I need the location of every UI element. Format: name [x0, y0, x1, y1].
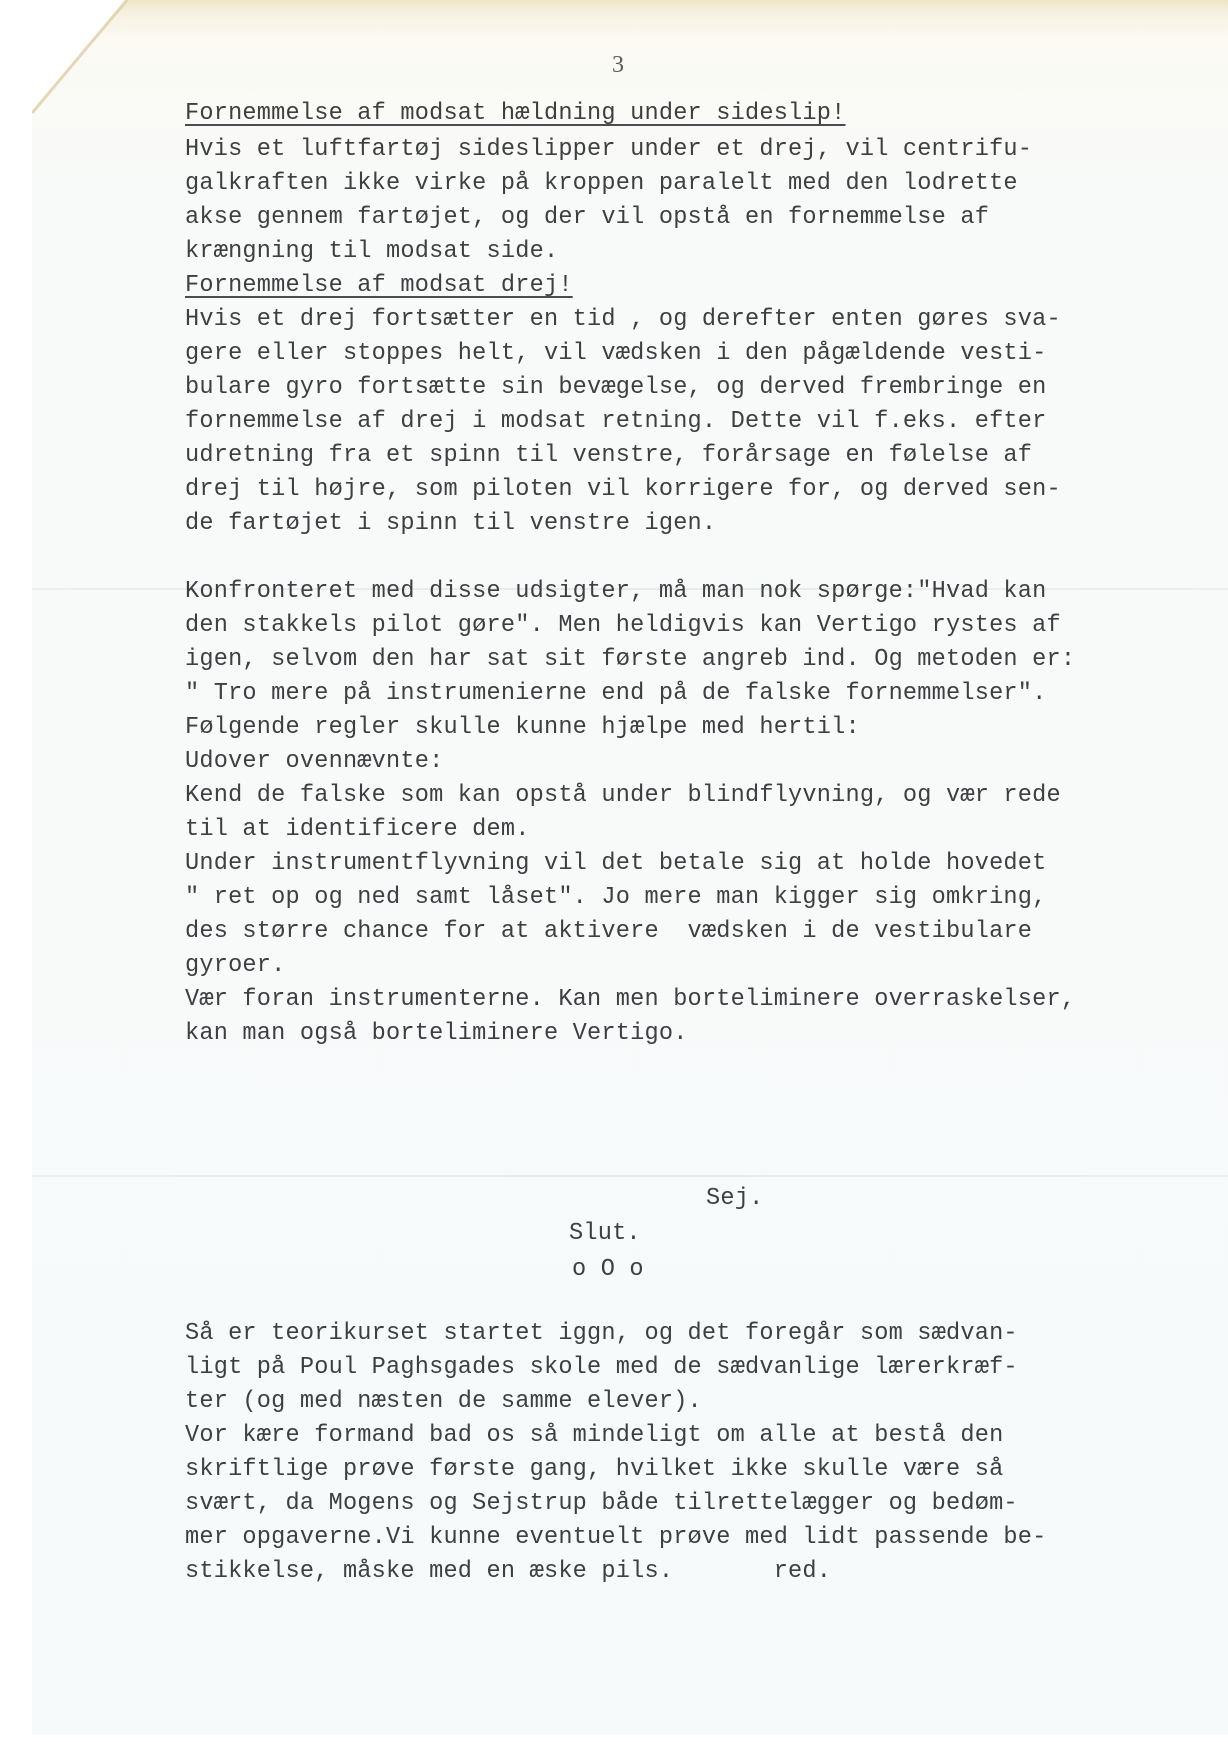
fold-line: [32, 1175, 1228, 1177]
text-line: " ret op og ned samt låset". Jo mere man…: [185, 884, 1047, 912]
text-line: udretning fra et spinn til venstre, forå…: [185, 442, 1032, 470]
text-line: Hvis et luftfartøj sideslipper under et …: [185, 136, 1032, 164]
text-line: til at identificere dem.: [185, 816, 530, 844]
closing-text-line: ter (og med næsten de samme elever).: [185, 1388, 702, 1416]
text-line: gyroer.: [185, 952, 286, 980]
closing-text-line: ligt på Poul Paghsgades skole med de sæd…: [185, 1354, 1018, 1382]
text-line: drej til højre, som piloten vil korriger…: [185, 476, 1061, 504]
text-line: krængning til modsat side.: [185, 238, 558, 266]
text-line: " Tro mere på instrumenierne end på de f…: [185, 680, 1047, 708]
text-line: Udover ovennævnte:: [185, 748, 443, 776]
text-line: Konfronteret med disse udsigter, må man …: [185, 578, 1047, 606]
closing-text-line: skriftlige prøve første gang, hvilket ik…: [185, 1456, 1003, 1484]
text-line: Kend de falske som kan opstå under blind…: [185, 782, 1061, 810]
end-ornament: o O o: [572, 1256, 644, 1284]
text-line: akse gennem fartøjet, og der vil opstå e…: [185, 204, 989, 232]
section-heading: Fornemmelse af modsat hældning under sid…: [185, 100, 846, 128]
text-line: igen, selvom den har sat sit første angr…: [185, 646, 1075, 674]
text-line: fornemmelse af drej i modsat retning. De…: [185, 408, 1047, 436]
closing-text-line: svært, da Mogens og Sejstrup både tilret…: [185, 1490, 1018, 1518]
closing-text-line: Så er teorikurset startet iggn, og det f…: [185, 1320, 1018, 1348]
signature: Sej.: [706, 1185, 763, 1213]
text-line: des større chance for at aktivere vædske…: [185, 918, 1032, 946]
text-line: galkraften ikke virke på kroppen paralel…: [185, 170, 1018, 198]
text-line: Vær foran instrumenterne. Kan men bortel…: [185, 986, 1075, 1014]
closing-text-line: Vor kære formand bad os så mindeligt om …: [185, 1422, 1003, 1450]
page-number: 3: [612, 52, 624, 79]
text-line: Under instrumentflyvning vil det betale …: [185, 850, 1047, 878]
end-mark: Slut.: [569, 1220, 641, 1248]
closing-text-line: mer opgaverne.Vi kunne eventuelt prøve m…: [185, 1524, 1047, 1552]
text-line: den stakkels pilot gøre". Men heldigvis …: [185, 612, 1061, 640]
text-line: kan man også borteliminere Vertigo.: [185, 1020, 688, 1048]
text-line: Følgende regler skulle kunne hjælpe med …: [185, 714, 860, 742]
text-line: Hvis et drej fortsætter en tid , og dere…: [185, 306, 1061, 334]
closing-text-line: stikkelse, måske med en æske pils. red.: [185, 1558, 831, 1586]
text-line: de fartøjet i spinn til venstre igen.: [185, 510, 716, 538]
text-line: bulare gyro fortsætte sin bevægelse, og …: [185, 374, 1047, 402]
section-heading: Fornemmelse af modsat drej!: [185, 272, 573, 300]
text-line: gere eller stoppes helt, vil vædsken i d…: [185, 340, 1047, 368]
